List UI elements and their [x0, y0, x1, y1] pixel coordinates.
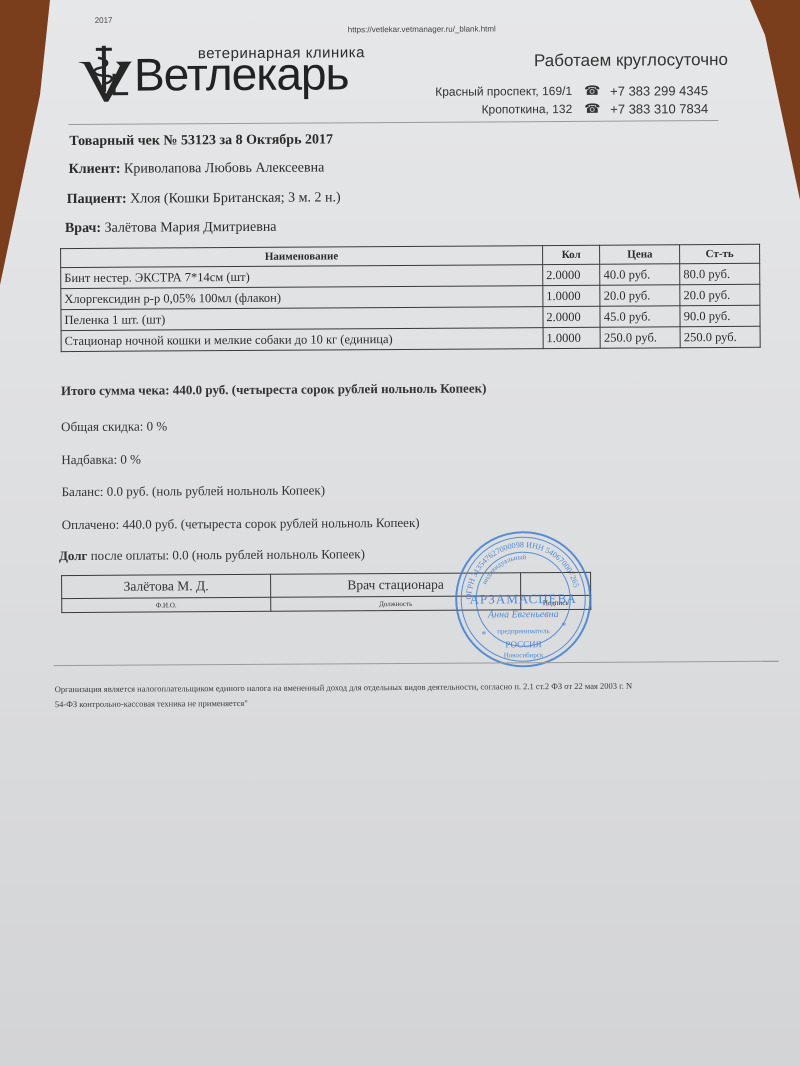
item-price: 20.0 руб. — [600, 285, 680, 306]
patient-info: Хлоя (Кошки Британская; 3 м. 2 н.) — [130, 190, 341, 206]
location-row: Кропоткина, 132 ☎ +7 383 310 7834 — [402, 100, 728, 118]
item-qty: 1.0000 — [543, 327, 601, 348]
location-row: Красный проспект, 169/1 ☎ +7 383 299 434… — [402, 82, 728, 100]
print-url: https://vetlekar.vetmanager.ru/_blank.ht… — [348, 24, 496, 34]
item-total: 80.0 руб. — [680, 263, 760, 284]
item-total: 250.0 руб. — [680, 326, 760, 347]
phone-icon: ☎ — [584, 83, 600, 99]
svg-text:*: * — [561, 621, 566, 632]
item-name: Стационар ночной кошки и мелкие собаки д… — [61, 328, 543, 352]
client-label: Клиент: — [69, 162, 121, 177]
paid-amount: Оплачено: 440.0 руб. (четыреста сорок ру… — [62, 515, 420, 533]
clinic-contacts: Работаем круглосуточно Красный проспект,… — [428, 50, 728, 52]
total-sum: Итого сумма чека: 440.0 руб. (четыреста … — [61, 380, 487, 399]
doctor-name: Залётова Мария Дмитриевна — [105, 220, 277, 236]
balance: Баланс: 0.0 руб. (ноль рублей нольноль К… — [62, 482, 326, 500]
clinic-logo: ветеринарная клиника Ветлекарь — [76, 40, 416, 104]
markup: Надбавка: 0 % — [61, 452, 141, 468]
item-name: Пеленка 1 шт. (шт) — [61, 307, 543, 331]
receipt-title: Товарный чек № 53123 за 8 Октябрь 2017 — [69, 132, 333, 150]
item-price: 250.0 руб. — [600, 327, 680, 348]
item-price: 45.0 руб. — [600, 306, 680, 327]
column-header-price: Цена — [600, 245, 680, 264]
debt-value: после оплаты: 0.0 (ноль рублей нольноль … — [87, 546, 365, 563]
caduceus-vl-logo-icon — [76, 44, 136, 104]
discount: Общая скидка: 0 % — [61, 418, 167, 435]
clinic-tagline: Работаем круглосуточно — [534, 50, 728, 71]
item-name: Хлоргексидин р-р 0,05% 100мл (флакон) — [61, 286, 543, 310]
phone-icon: ☎ — [584, 101, 600, 117]
debt-label: Долг — [59, 548, 88, 563]
stamp-given-name: Анна Евгеньевна — [487, 609, 559, 620]
item-name: Бинт нестер. ЭКСТРА 7*14см (шт) — [61, 265, 543, 289]
stamp-country: РОССИЯ — [505, 639, 541, 649]
name-caption: Ф.И.О. — [62, 597, 271, 612]
item-qty: 2.0000 — [542, 264, 600, 285]
stamp-inner-bottom: предприниматель — [497, 627, 550, 635]
phone-number: +7 383 299 4345 — [610, 82, 728, 98]
debt-line: Долг после оплаты: 0.0 (ноль рублей ноль… — [59, 546, 365, 564]
column-header-total: Ст-ть — [680, 244, 760, 263]
clinic-name: Ветлекарь — [134, 50, 349, 97]
signer-name: Залётова М. Д. — [62, 574, 271, 598]
header-divider — [68, 120, 718, 125]
client-line: Клиент: Криволапова Любовь Алексеевна — [69, 160, 325, 178]
items-table: Наименование Кол Цена Ст-ть Бинт нестер.… — [60, 244, 761, 352]
table-row: Стационар ночной кошки и мелкие собаки д… — [61, 326, 760, 351]
company-stamp-icon: ОГРН 313547627000098 ИНН 540670007265 ин… — [453, 529, 594, 670]
item-total: 20.0 руб. — [680, 284, 760, 305]
phone-number: +7 383 310 7834 — [610, 100, 728, 116]
tax-note: Организация является налогоплательщиком … — [55, 678, 775, 712]
column-header-qty: Кол — [542, 245, 600, 264]
print-date: 2017 — [95, 16, 113, 25]
address: Красный проспект, 169/1 — [402, 84, 572, 99]
address: Кропоткина, 132 — [402, 102, 572, 117]
item-qty: 1.0000 — [543, 285, 601, 306]
stamp-city: Новосибирск — [504, 651, 544, 659]
stamp-surname: АРЗАМАСЦЕВА — [470, 591, 577, 607]
receipt-content: 2017 https://vetlekar.vetmanager.ru/_bla… — [0, 0, 800, 1066]
svg-text:*: * — [481, 629, 486, 640]
footer-divider — [54, 661, 779, 666]
patient-label: Пациент: — [67, 192, 127, 207]
item-qty: 2.0000 — [543, 306, 601, 327]
item-total: 90.0 руб. — [680, 305, 760, 326]
tax-note-line-2: 54-ФЗ контрольно-кассовая техника не при… — [55, 693, 775, 712]
doctor-line: Врач: Залётова Мария Дмитриевна — [65, 220, 277, 237]
doctor-label: Врач: — [65, 221, 101, 236]
patient-line: Пациент: Хлоя (Кошки Британская; 3 м. 2 … — [67, 190, 341, 208]
item-price: 40.0 руб. — [600, 264, 680, 285]
client-name: Криволапова Любовь Алексеевна — [124, 160, 324, 176]
